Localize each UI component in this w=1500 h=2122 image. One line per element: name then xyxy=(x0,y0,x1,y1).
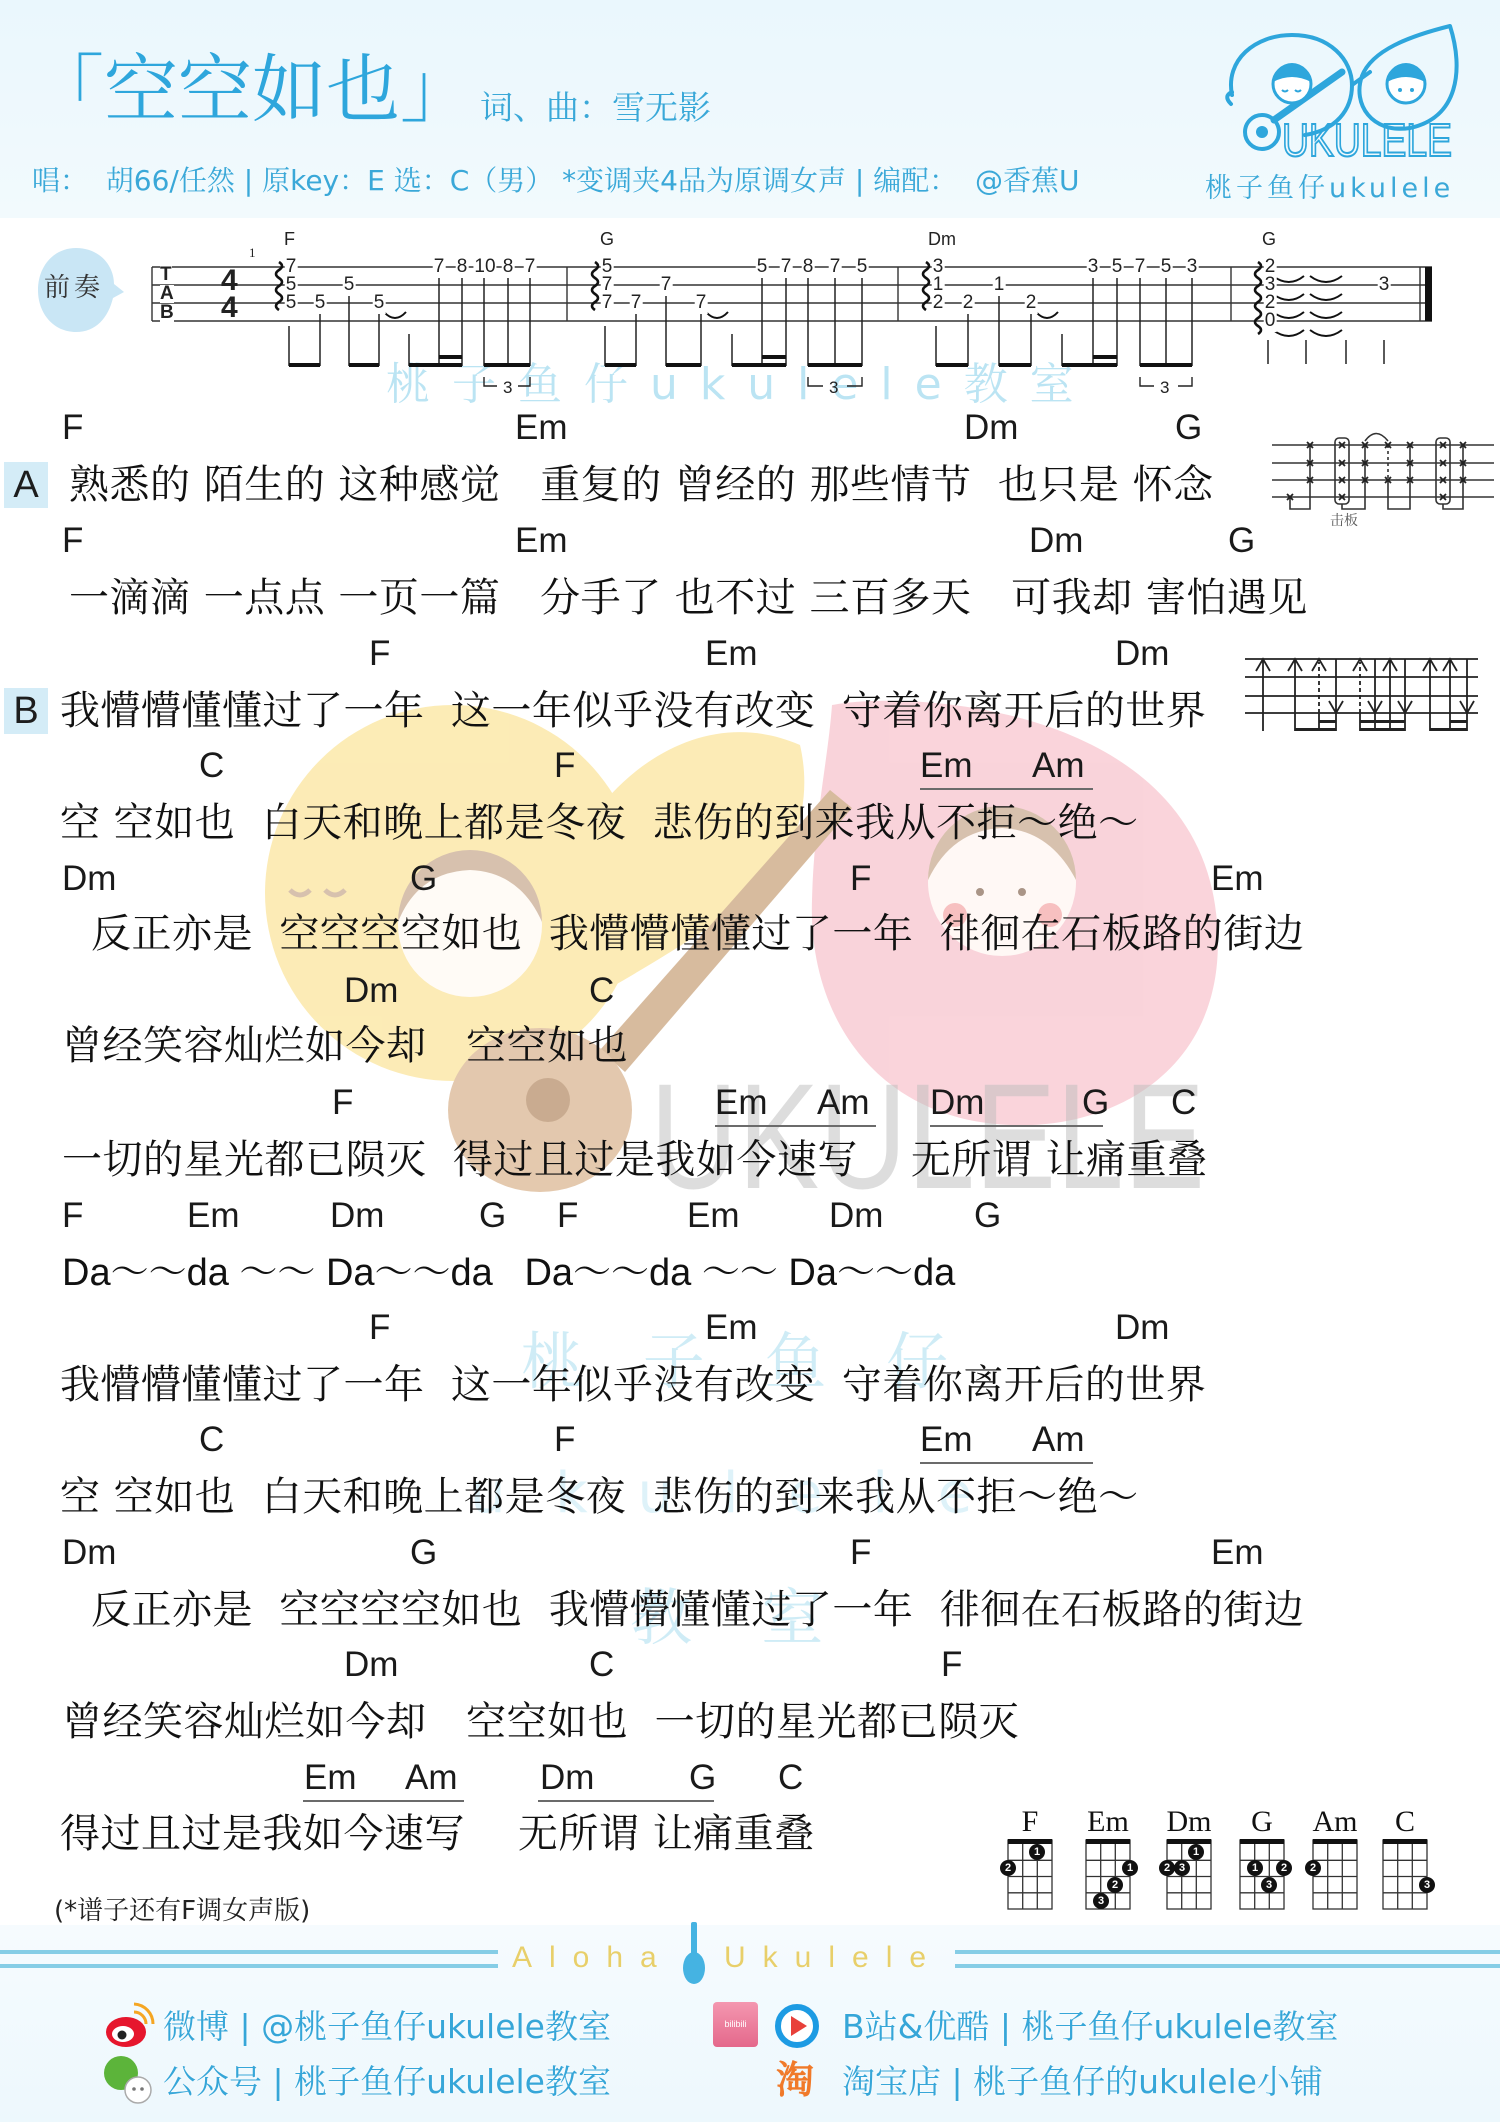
tab-note: 1 xyxy=(993,274,1006,296)
tab-note: 7 xyxy=(1134,256,1147,278)
chord-diagram-grids xyxy=(1000,1835,1440,1915)
tab-note: 5 xyxy=(343,274,356,296)
tab-note: 8 xyxy=(502,256,515,278)
tab-note: 5 xyxy=(1160,256,1173,278)
chord-label: C xyxy=(589,971,614,1011)
finger-dot: 2 xyxy=(1107,1877,1123,1893)
chord-label: Dm xyxy=(1115,634,1169,674)
chord-label: Em xyxy=(920,746,973,786)
lyric-line: 空 空如也 白天和晚上都是冬夜 悲伤的到来我从不拒～绝～ xyxy=(60,1473,1139,1521)
lyric-line: 一切的星光都已陨灭 得过且过是我如今速写 无所谓 让痛重叠 xyxy=(62,1136,1208,1184)
chord-label: Am xyxy=(1032,1420,1085,1460)
chord-label: Em xyxy=(705,634,758,674)
chord-label: F xyxy=(941,1645,962,1685)
chord-label: Dm xyxy=(540,1758,594,1798)
strum-pattern-a xyxy=(1265,425,1500,520)
bilibili-icon: bilibili xyxy=(713,2002,758,2047)
chord-label: G xyxy=(479,1196,506,1236)
chord-label: G xyxy=(974,1196,1001,1236)
chord-label: C xyxy=(199,1420,224,1460)
finger-dot: 1 xyxy=(1122,1860,1138,1876)
finger-dot: 3 xyxy=(1093,1893,1109,1909)
chord-label: C xyxy=(778,1758,803,1798)
chord-label: G xyxy=(689,1758,716,1798)
tab-note: 0 xyxy=(1264,310,1277,332)
chord-group-underline xyxy=(538,1800,714,1802)
weibo-icon xyxy=(100,1998,156,2050)
tab-clef-b: B xyxy=(160,304,174,322)
tab-note: 8 xyxy=(456,256,469,278)
chord-label: Dm xyxy=(62,859,116,899)
chord-group-underline xyxy=(303,1800,464,1802)
section-marker-a: A xyxy=(4,462,48,508)
chord-label: G xyxy=(410,1533,437,1573)
ukulele-icon xyxy=(683,1922,705,1984)
finger-dot: 3 xyxy=(1261,1877,1277,1893)
tab-note: 5 xyxy=(373,292,386,314)
triplet-mark: 3 xyxy=(503,378,512,397)
chord-label: G xyxy=(410,859,437,899)
finger-dot: 2 xyxy=(1305,1860,1321,1876)
tab-clef-a: A xyxy=(160,285,174,303)
youku-icon xyxy=(774,2002,822,2050)
chord-label: Em xyxy=(920,1420,973,1460)
chord-label: G xyxy=(1082,1083,1109,1123)
lyric-line: 曾经笑容灿烂如今却 空空如也 xyxy=(62,1022,628,1070)
chord-group-underline xyxy=(715,1125,876,1127)
chord-label: F xyxy=(332,1083,353,1123)
tab-note: 3 xyxy=(1186,256,1199,278)
lyric-line: 我懵懵懂懂过了一年 这一年似乎没有改变 守着你离开后的世界 xyxy=(60,1361,1206,1409)
tab-note: 7 xyxy=(829,256,842,278)
lyric-line: 我懵懵懂懂过了一年 这一年似乎没有改变 守着你离开后的世界 xyxy=(60,687,1206,735)
chord-label: F xyxy=(850,1533,871,1573)
chord-group-underline xyxy=(930,1125,1103,1127)
tab-note: 3 xyxy=(1087,256,1100,278)
chord-label: Em xyxy=(705,1308,758,1348)
lyric-line: 熟悉的 陌生的 这种感觉 重复的 曾经的 那些情节 也只是 怀念 xyxy=(69,461,1214,509)
footer-link-taobao: 淘宝店 | 桃子鱼仔的ukulele小铺 xyxy=(842,2062,1323,2102)
tab-note: 7 xyxy=(660,274,673,296)
tab-note: 2 xyxy=(962,292,975,314)
tab-note: 5 xyxy=(314,292,327,314)
lyric-line: 得过且过是我如今速写 无所谓 让痛重叠 xyxy=(60,1810,815,1858)
tab-note: 7 xyxy=(601,292,614,314)
tab-note: 8 xyxy=(802,256,815,278)
footer-link-wechat: 公众号 | 桃子鱼仔ukulele教室 xyxy=(163,2062,611,2102)
chord-label: Em xyxy=(515,408,568,448)
finger-dot: 1 xyxy=(1247,1860,1263,1876)
chord-group-underline xyxy=(920,788,1093,790)
finger-dot: 3 xyxy=(1419,1877,1435,1893)
chord-label: F xyxy=(62,521,83,561)
lyric-line: Da～～da ～～ Da～～da Da～～da ～～ Da～～da xyxy=(62,1249,955,1297)
chord-label: Dm xyxy=(829,1196,883,1236)
tab-note: 5 xyxy=(756,256,769,278)
chord-label: Em xyxy=(304,1758,357,1798)
triplet-mark: 3 xyxy=(829,378,838,397)
taobao-icon: 淘 xyxy=(776,2058,814,2102)
chord-label: F xyxy=(62,1196,83,1236)
tab-note: 7 xyxy=(780,256,793,278)
tab-clef-t: T xyxy=(160,266,172,284)
chord-label: G xyxy=(1228,521,1255,561)
chord-label: Dm xyxy=(344,971,398,1011)
footer-link-bilibili-youku: B站&优酷 | 桃子鱼仔ukulele教室 xyxy=(842,2007,1338,2047)
tab-note: 7 xyxy=(433,256,446,278)
chord-label: F xyxy=(62,408,83,448)
chord-label: Dm xyxy=(344,1645,398,1685)
finger-dot: 1 xyxy=(1029,1844,1045,1860)
chord-label: Dm xyxy=(930,1083,984,1123)
tab-note: 5 xyxy=(1111,256,1124,278)
lyric-line: 反正亦是 空空空空如也 我懵懵懂懂过了一年 徘徊在石板路的街边 xyxy=(91,1586,1304,1634)
chord-label: Em xyxy=(515,521,568,561)
chord-label: Am xyxy=(405,1758,458,1798)
chord-label: C xyxy=(199,746,224,786)
finger-dot: 2 xyxy=(1159,1860,1175,1876)
finger-dot: 2 xyxy=(1000,1860,1016,1876)
chord-label: G xyxy=(1175,408,1202,448)
time-signature-bottom: 4 xyxy=(221,295,238,321)
finger-dot: 2 xyxy=(1276,1860,1292,1876)
version-note: (*谱子还有F调女声版) xyxy=(54,1894,310,1928)
tab-note: 2 xyxy=(1025,292,1038,314)
chord-label: Em xyxy=(687,1196,740,1236)
chord-label: F xyxy=(557,1196,578,1236)
wechat-icon xyxy=(98,2052,156,2110)
chord-group-underline xyxy=(920,1462,1093,1464)
lyric-line: 反正亦是 空空空空如也 我懵懵懂懂过了一年 徘徊在石板路的街边 xyxy=(91,910,1304,958)
chord-label: C xyxy=(1171,1083,1196,1123)
tab-note: 10 xyxy=(473,256,496,278)
chord-label: Em xyxy=(1211,859,1264,899)
chord-label: Dm xyxy=(62,1533,116,1573)
chord-label: Em xyxy=(187,1196,240,1236)
chord-label: Em xyxy=(1211,1533,1264,1573)
triplet-mark: 3 xyxy=(1160,378,1169,397)
section-marker-b: B xyxy=(4,688,48,734)
chord-label: C xyxy=(589,1645,614,1685)
lyric-line: 一滴滴 一点点 一页一篇 分手了 也不过 三百多天 可我却 害怕遇见 xyxy=(69,574,1308,622)
chord-label: Dm xyxy=(1115,1308,1169,1348)
chord-label: Em xyxy=(715,1083,768,1123)
chord-label: Dm xyxy=(330,1196,384,1236)
chord-label: F xyxy=(369,1308,390,1348)
tab-note: 5 xyxy=(285,292,298,314)
chord-label: F xyxy=(554,1420,575,1460)
lyric-line: 空 空如也 白天和晚上都是冬夜 悲伤的到来我从不拒～绝～ xyxy=(60,799,1139,847)
tab-note: 5 xyxy=(856,256,869,278)
chord-label: Dm xyxy=(1029,521,1083,561)
lyric-line: 曾经笑容灿烂如今却 空空如也 一切的星光都已陨灭 xyxy=(62,1698,1019,1746)
tab-note: 7 xyxy=(524,256,537,278)
divider-text-right: Ukulele xyxy=(724,1938,943,1978)
chord-label: F xyxy=(369,634,390,674)
chord-label: Dm xyxy=(964,408,1018,448)
tab-note: 3 xyxy=(1378,274,1391,296)
finger-dot: 3 xyxy=(1174,1860,1190,1876)
chord-label: F xyxy=(850,859,871,899)
tab-note: 2 xyxy=(932,292,945,314)
strum-pattern-b xyxy=(1240,650,1485,738)
finger-dot: 1 xyxy=(1188,1844,1204,1860)
divider-text-left: Aloha xyxy=(512,1938,674,1978)
chord-label: Am xyxy=(817,1083,870,1123)
chord-label: Am xyxy=(1032,746,1085,786)
chord-label: F xyxy=(554,746,575,786)
tab-note: 7 xyxy=(630,292,643,314)
tab-note: 7 xyxy=(695,292,708,314)
footer-link-weibo: 微博 | @桃子鱼仔ukulele教室 xyxy=(163,2007,611,2047)
